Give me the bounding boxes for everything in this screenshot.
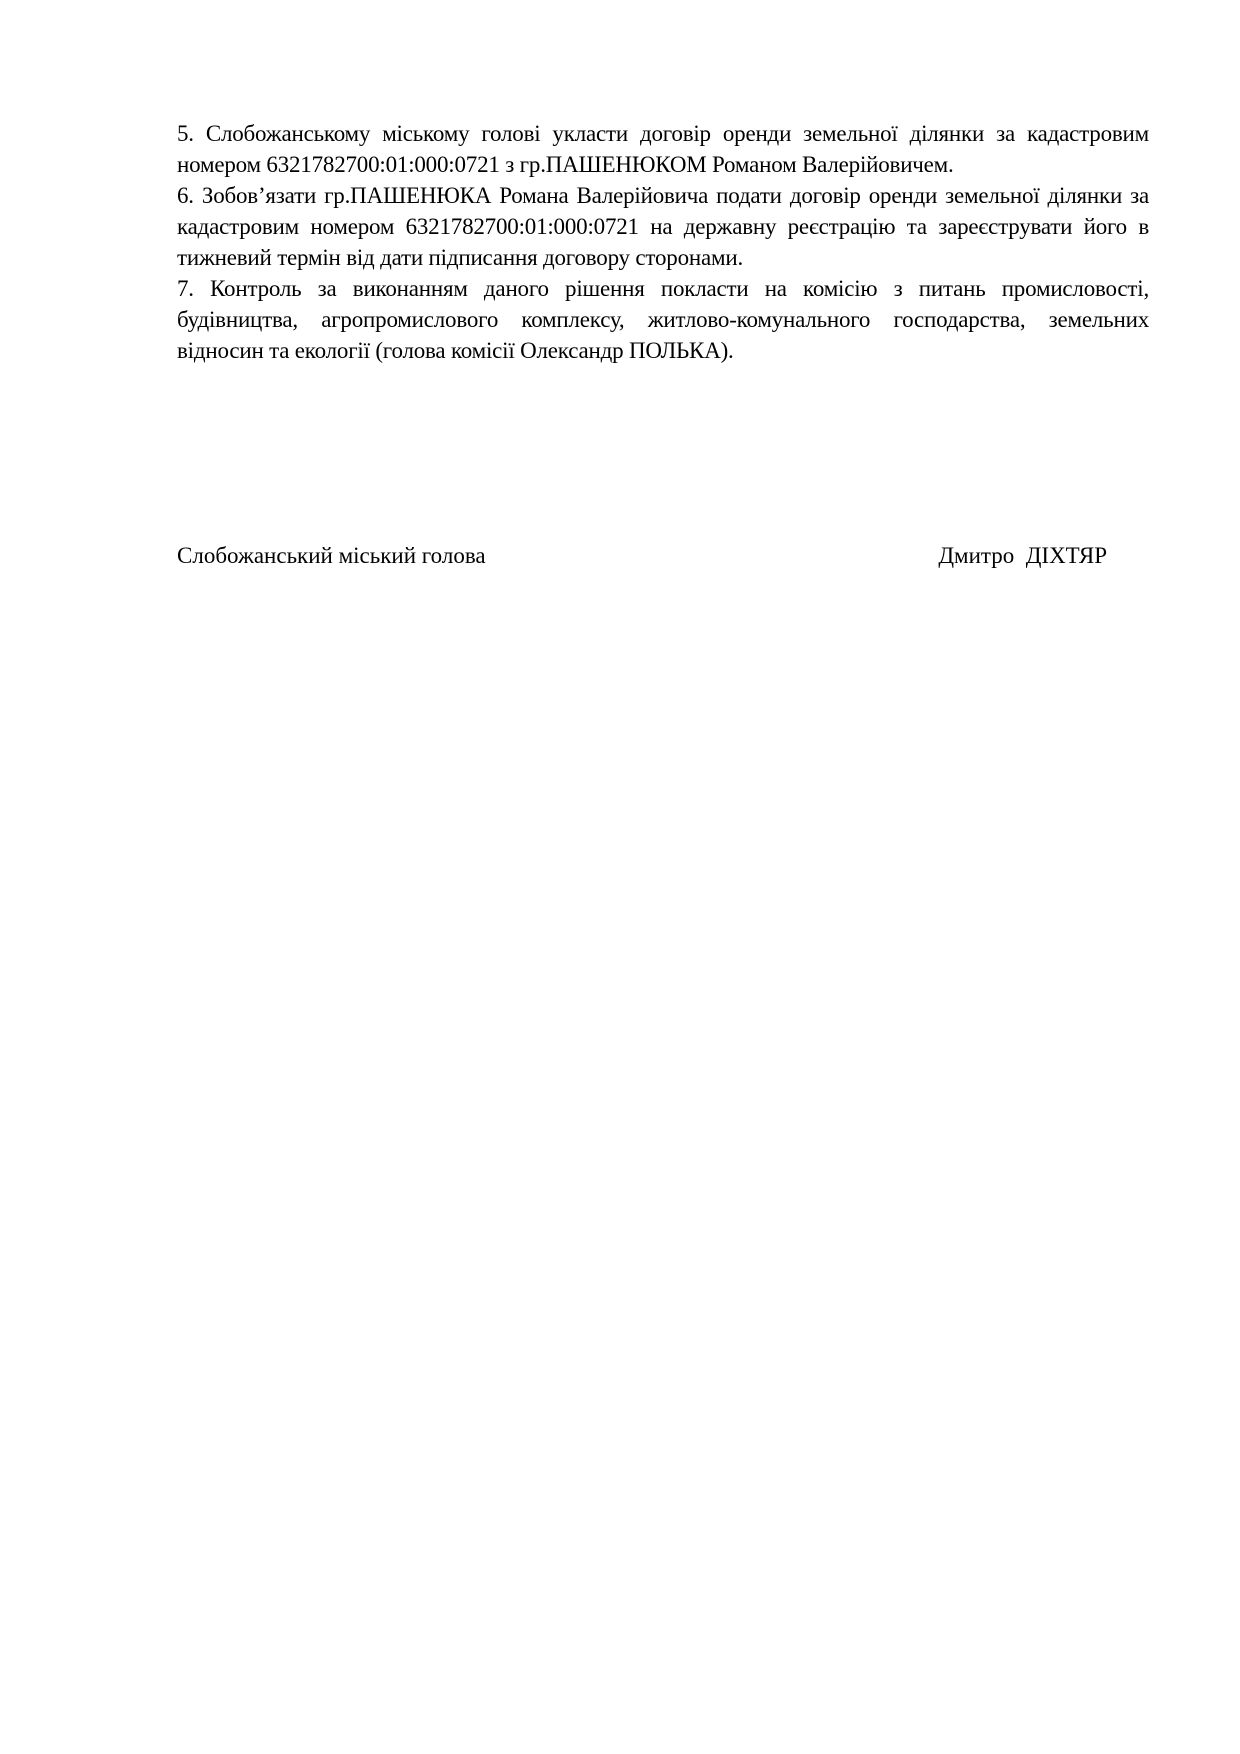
clause-7: 7. Контроль за виконанням даного рішення… [177, 273, 1149, 366]
decision-clauses: 5. Слобожанському міському голові укласт… [177, 118, 1149, 366]
signatory-position: Слобожанський міський голова [177, 540, 486, 571]
clause-6: 6. Зобов’язати гр.ПАШЕНЮКА Романа Валері… [177, 180, 1149, 273]
signatory-name: Дмитро ДІХТЯР [938, 540, 1107, 571]
signature-block: Слобожанський міський голова Дмитро ДІХТ… [177, 540, 1107, 571]
document-page: 5. Слобожанському міському голові укласт… [0, 0, 1240, 1754]
clause-5: 5. Слобожанському міському голові укласт… [177, 118, 1149, 180]
